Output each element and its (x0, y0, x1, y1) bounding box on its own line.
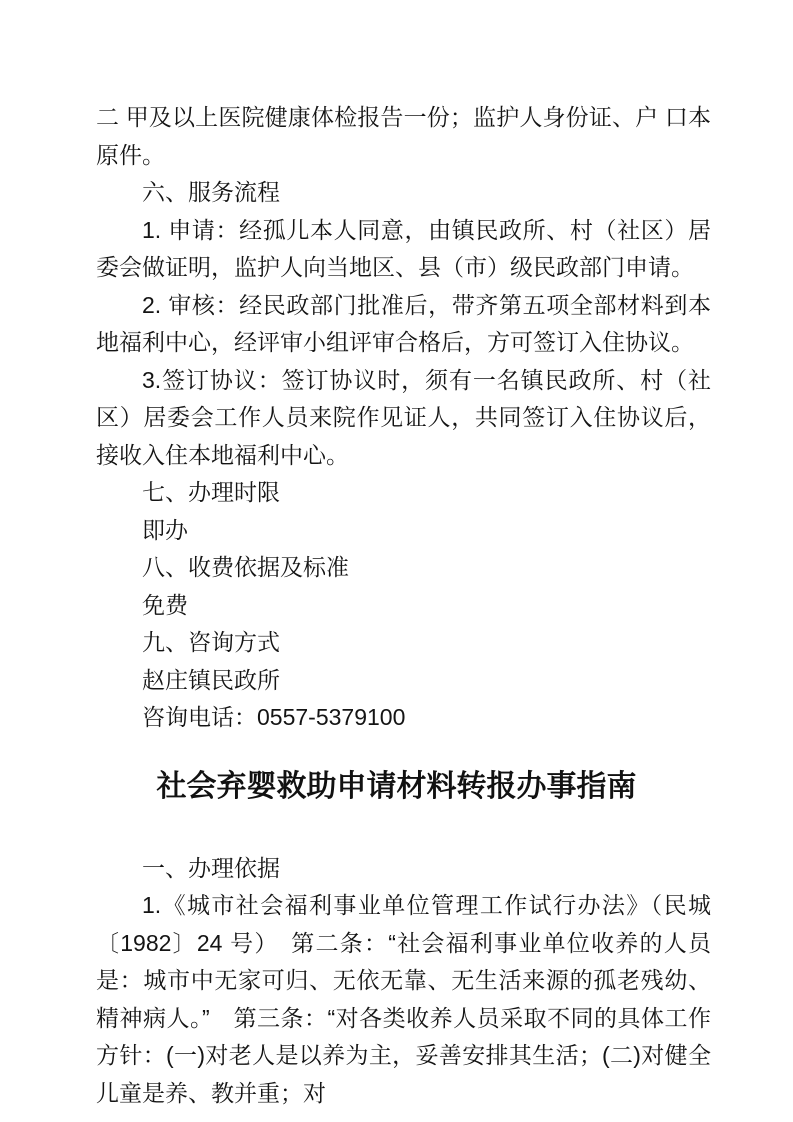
paragraph-continuation-health-check: 二 甲及以上医院健康体检报告一份；监护人身份证、户 口本原件。 (96, 99, 711, 174)
section-nine-heading: 九、咨询方式 (96, 624, 711, 662)
step-1-apply-paragraph: 1. 申请：经孤儿本人同意，由镇民政所、村（社区）居委会做证明，监护人向当地区、… (96, 212, 711, 287)
section-six-heading: 六、服务流程 (96, 174, 711, 212)
document-page: 二 甲及以上医院健康体检报告一份；监护人身份证、户 口本原件。 六、服务流程 1… (0, 0, 793, 1122)
contact-office-name: 赵庄镇民政所 (96, 662, 711, 700)
document-title: 社会弃婴救助申请材料转报办事指南 (0, 764, 793, 810)
legal-basis-paragraph: 1.《城市社会福利事业单位管理工作试行办法》（民城〔1982〕24 号） 第二条… (96, 887, 711, 1112)
section-seven-heading: 七、办理时限 (96, 474, 711, 512)
step-3-sign-agreement-paragraph: 3.签订协议：签订协议时，须有一名镇民政所、村（社区）居委会工作人员来院作见证人… (96, 362, 711, 475)
fee-value: 免费 (96, 587, 711, 625)
contact-phone-line: 咨询电话：0557-5379100 (96, 699, 711, 737)
step-2-review-paragraph: 2. 审核：经民政部门批准后，带齐第五项全部材料到本地福利中心，经评审小组评审合… (96, 287, 711, 362)
section-eight-heading: 八、收费依据及标准 (96, 549, 711, 587)
processing-time-value: 即办 (96, 512, 711, 550)
section-one-heading: 一、办理依据 (96, 850, 711, 888)
